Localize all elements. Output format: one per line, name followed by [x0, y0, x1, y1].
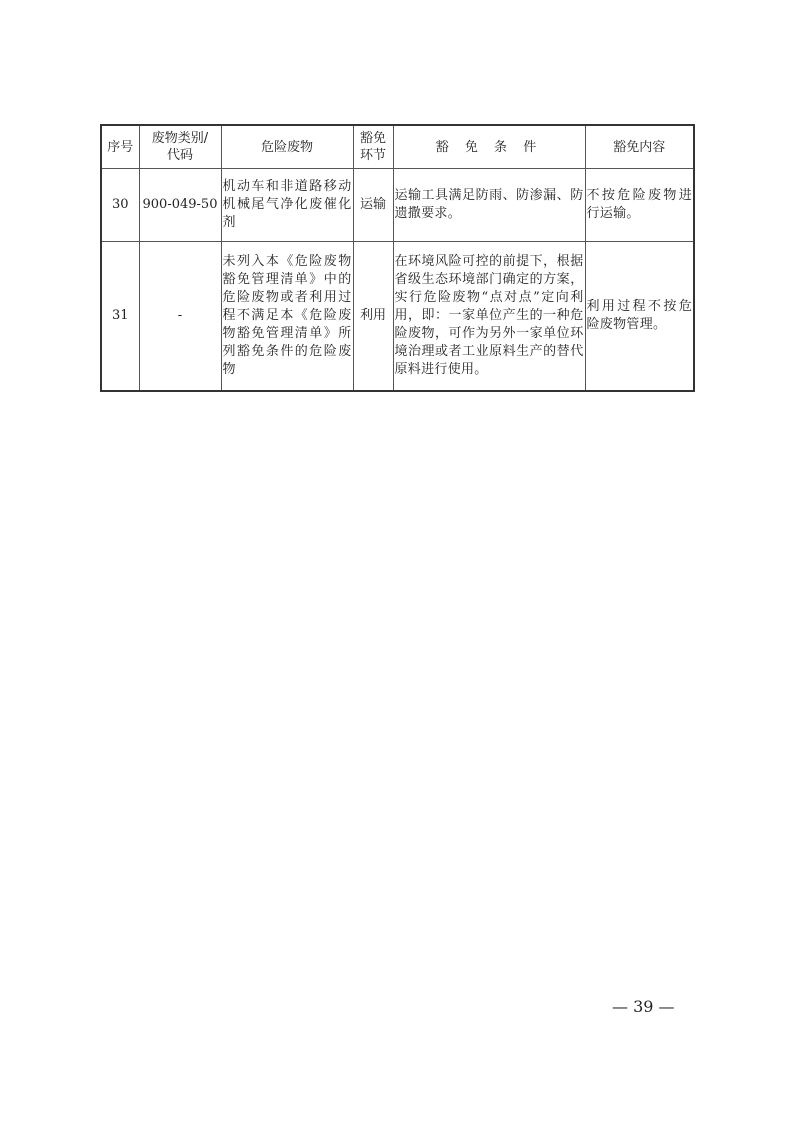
cell-no: 31: [101, 242, 139, 392]
page-number: — 39 —: [612, 997, 675, 1016]
table-row: 30 900-049-50 机动车和非道路移动机械尾气净化废催化剂 运输 运输工…: [101, 169, 694, 242]
header-category-line2: 代码: [141, 147, 220, 164]
header-stage-line1: 豁免: [355, 130, 392, 147]
cell-code: -: [139, 242, 221, 392]
cell-waste: 机动车和非道路移动机械尾气净化废催化剂: [221, 169, 353, 242]
cell-condition: 在环境风险可控的前提下，根据省级生态环境部门确定的方案，实行危险废物“点对点”定…: [393, 242, 585, 392]
cell-content: 不按危险废物进行运输。: [585, 169, 694, 242]
header-condition: 豁 免 条 件: [393, 125, 585, 169]
cell-no: 30: [101, 169, 139, 242]
table-header-row: 序号 废物类别/ 代码 危险废物 豁免 环节 豁 免 条 件 豁免内容: [101, 125, 694, 169]
cell-stage: 运输: [353, 169, 393, 242]
header-no: 序号: [101, 125, 139, 169]
header-category: 废物类别/ 代码: [139, 125, 221, 169]
header-stage-line2: 环节: [355, 147, 392, 164]
cell-stage: 利用: [353, 242, 393, 392]
header-content: 豁免内容: [585, 125, 694, 169]
cell-code: 900-049-50: [139, 169, 221, 242]
cell-waste: 未列入本《危险废物豁免管理清单》中的危险废物或者利用过程不满足本《危险废物豁免管…: [221, 242, 353, 392]
header-waste: 危险废物: [221, 125, 353, 169]
table-row: 31 - 未列入本《危险废物豁免管理清单》中的危险废物或者利用过程不满足本《危险…: [101, 242, 694, 392]
exemption-table: 序号 废物类别/ 代码 危险废物 豁免 环节 豁 免 条 件 豁免内容 30 9…: [100, 124, 695, 392]
cell-content: 利用过程不按危险废物管理。: [585, 242, 694, 392]
header-category-line1: 废物类别/: [141, 130, 220, 147]
header-stage: 豁免 环节: [353, 125, 393, 169]
cell-condition: 运输工具满足防雨、防渗漏、防遗撒要求。: [393, 169, 585, 242]
